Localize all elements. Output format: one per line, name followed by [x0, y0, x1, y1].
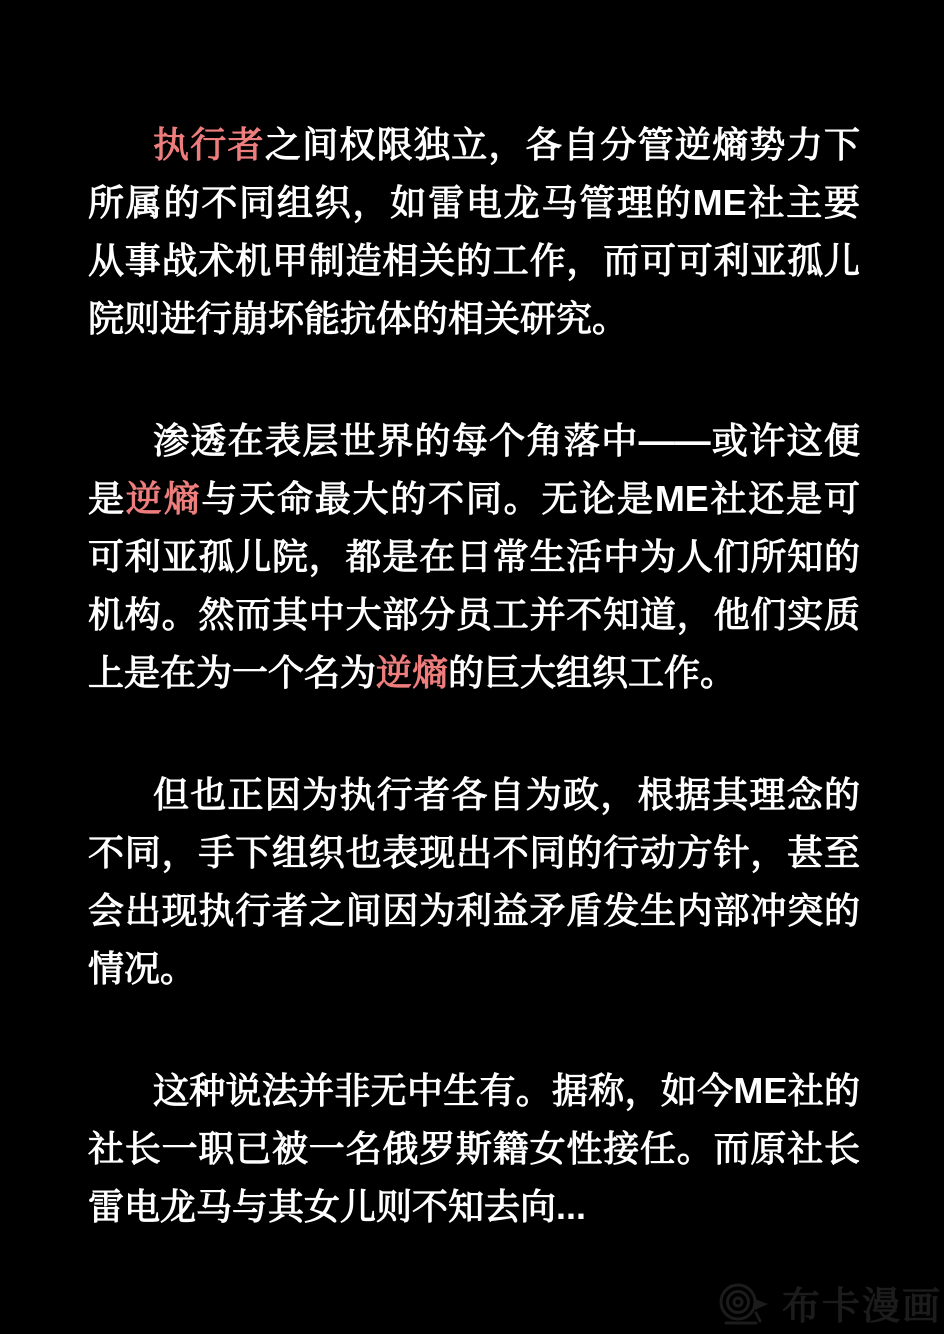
highlighted-term: 执行者 — [153, 124, 265, 165]
paragraph: 渗透在表层世界的每个角落中——或许这便是逆熵与天命最大的不同。无论是ME社还是可… — [88, 412, 860, 702]
text-segment: 的巨大组织工作。 — [448, 652, 736, 693]
snail-logo-icon — [716, 1279, 774, 1327]
article-text: 执行者之间权限独立，各自分管逆熵势力下所属的不同组织，如雷电龙马管理的ME社主要… — [88, 116, 860, 1300]
text-segment: 但也正因为执行者各自为政，根据其理念的不同，手下组织也表现出不同的行动方针，甚至… — [88, 774, 860, 989]
paragraph: 执行者之间权限独立，各自分管逆熵势力下所属的不同组织，如雷电龙马管理的ME社主要… — [88, 116, 860, 348]
watermark-text: 布卡漫画 — [782, 1275, 942, 1330]
text-segment: 这种说法并非无中生有。据称，如今ME社的社长一职已被一名俄罗斯籍女性接任。而原社… — [88, 1070, 860, 1227]
comic-text-page: 执行者之间权限独立，各自分管逆熵势力下所属的不同组织，如雷电龙马管理的ME社主要… — [0, 0, 944, 1334]
paragraph: 这种说法并非无中生有。据称，如今ME社的社长一职已被一名俄罗斯籍女性接任。而原社… — [88, 1062, 860, 1236]
highlighted-term: 逆熵 — [126, 478, 202, 519]
paragraph: 但也正因为执行者各自为政，根据其理念的不同，手下组织也表现出不同的行动方针，甚至… — [88, 766, 860, 998]
highlighted-term: 逆熵 — [376, 652, 448, 693]
watermark: 布卡漫画 — [716, 1275, 942, 1330]
